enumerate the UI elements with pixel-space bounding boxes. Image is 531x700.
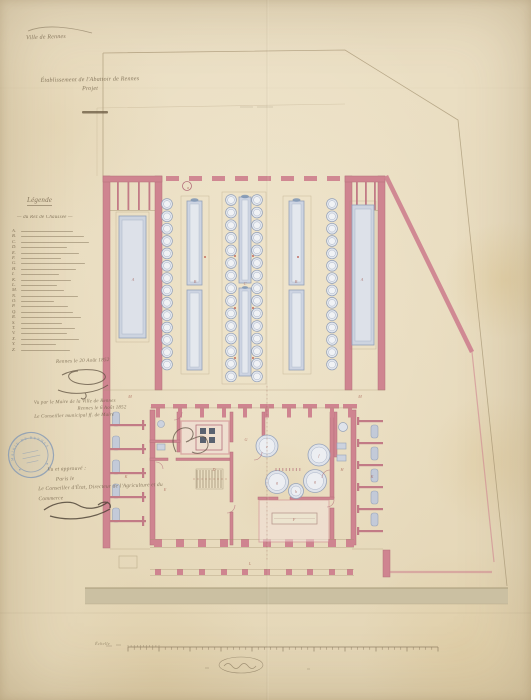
- legend-item-text-squiggle: [21, 274, 59, 275]
- approval-block: Vu et approuvé : Paris le Le Conseiller …: [37, 462, 166, 504]
- legend-item-letter: O.: [12, 298, 21, 303]
- legend-item-letter: F.: [12, 255, 21, 260]
- legend-item-letter: G.: [12, 260, 21, 265]
- legend-item: Z.: [12, 347, 89, 352]
- legend-item-text-squiggle: [21, 231, 73, 232]
- approval-line3: Le Conseiller d'État, Directeur: [38, 484, 111, 493]
- legend-item-text-squiggle: [21, 296, 78, 297]
- signature-flourish: [58, 370, 108, 399]
- slanted-boundary-wall-thin: [472, 352, 494, 562]
- slanted-boundary-wall: [386, 176, 472, 352]
- svg-text:a: a: [187, 185, 189, 190]
- svg-text:F: F: [292, 517, 296, 522]
- svg-text:g: g: [314, 479, 316, 484]
- corner-flourish: [28, 27, 92, 33]
- scanned-plan-sheet: MAIRIE DE RENNES ABCBAaDEefgghFGHKKMML V…: [0, 0, 531, 700]
- legend-item-text-squiggle: [21, 263, 85, 264]
- svg-text:C: C: [244, 281, 247, 286]
- staircase: [193, 469, 228, 489]
- legend-item-text-squiggle: [21, 236, 84, 237]
- legend-item-letter: V.: [12, 330, 21, 335]
- legend-item-text-squiggle: [21, 242, 89, 243]
- legend-item-letter: L.: [12, 282, 21, 287]
- legend-item-text-squiggle: [21, 339, 79, 340]
- title-line1: Établissement de l'Abattoir de Rennes: [41, 76, 140, 84]
- legend-item-text-squiggle: [21, 285, 57, 286]
- legend-item-text-squiggle: [21, 301, 54, 302]
- legend-item-letter: B.: [12, 233, 21, 238]
- legend-item-letter: Y.: [12, 341, 21, 346]
- street-band: [85, 588, 508, 604]
- legend-item-letter: X.: [12, 336, 21, 341]
- svg-text:A: A: [131, 277, 135, 282]
- legend-item-letter: T.: [12, 325, 21, 330]
- svg-text:D: D: [211, 467, 215, 472]
- legend-item-text-squiggle: [21, 258, 61, 259]
- legend-item-text-squiggle: [21, 333, 67, 334]
- svg-text:G: G: [244, 437, 247, 442]
- legend-item-letter: P.: [12, 303, 21, 308]
- legend-item-letter: E.: [12, 250, 21, 255]
- red-dots: [204, 255, 299, 359]
- legend-item-letter: K.: [12, 277, 21, 282]
- bottom-colonnade: [150, 539, 354, 576]
- legend-item-letter: Z.: [12, 347, 21, 352]
- legend-item-text-squiggle: [21, 247, 67, 248]
- top-dashed-wall: [166, 176, 340, 181]
- right-bottom-wall: [383, 550, 492, 577]
- grate-ticks: [276, 468, 300, 471]
- svg-text:H: H: [339, 467, 344, 472]
- svg-text:B: B: [295, 279, 298, 284]
- svg-text:M: M: [357, 394, 362, 399]
- approval-signature-flourish: [44, 502, 110, 519]
- svg-text:B: B: [194, 279, 197, 284]
- legend-item-text-squiggle: [21, 350, 70, 351]
- legend-item-text-squiggle: [21, 290, 64, 291]
- legend-item-text-squiggle: [21, 269, 76, 270]
- legend-item-letter: H.: [12, 266, 21, 271]
- legend-item-letter: D.: [12, 244, 21, 249]
- legend-item-text-squiggle: [21, 312, 73, 313]
- legend-heading: Légende: [27, 196, 52, 204]
- legend-item-text-squiggle: [21, 253, 79, 254]
- legend-subheading: — du Rez de Chaussée —: [17, 215, 73, 220]
- legend-item-letter: R.: [12, 314, 21, 319]
- visa-line3: Le Conseiller municipal ff. de Maire: [34, 413, 114, 420]
- legend-items: A.B.C.D.E.F.G.H.I.K.L.M.N.O.P.Q.R.S.T.V.…: [12, 228, 89, 352]
- legend-item-text-squiggle: [21, 323, 62, 324]
- svg-text:g: g: [276, 480, 278, 485]
- legend-item-text-squiggle: [21, 344, 56, 345]
- legend-item-letter: C.: [12, 239, 21, 244]
- legend-item-letter: S.: [12, 320, 21, 325]
- visa-block: Vu par le Maire de la Ville de Rennes Re…: [34, 396, 171, 421]
- legend-item-letter: I.: [12, 271, 21, 276]
- scale-label: Échelle: [95, 641, 110, 646]
- legend-item-text-squiggle: [21, 306, 68, 307]
- legend-item-text-squiggle: [21, 280, 71, 281]
- title-line2: Projet: [82, 86, 98, 92]
- legend-item-text-squiggle: [21, 328, 75, 329]
- left-colonnade-end: [110, 549, 383, 568]
- svg-text:K: K: [370, 474, 374, 479]
- svg-text:h: h: [295, 489, 297, 494]
- bottom-oval-label: [106, 645, 310, 673]
- legend-item-letter: Q.: [12, 309, 21, 314]
- scale-bar: [128, 645, 438, 652]
- legend-item-text-squiggle: [21, 317, 81, 318]
- title-block: Établissement de l'Abattoir de Rennes Pr…: [10, 75, 170, 96]
- title-dash: [82, 111, 108, 114]
- legend-item-letter: M.: [12, 287, 21, 292]
- legend-item-letter: A.: [12, 228, 21, 233]
- legend-item-letter: N.: [12, 293, 21, 298]
- svg-text:L: L: [248, 561, 252, 566]
- svg-text:A: A: [360, 277, 364, 282]
